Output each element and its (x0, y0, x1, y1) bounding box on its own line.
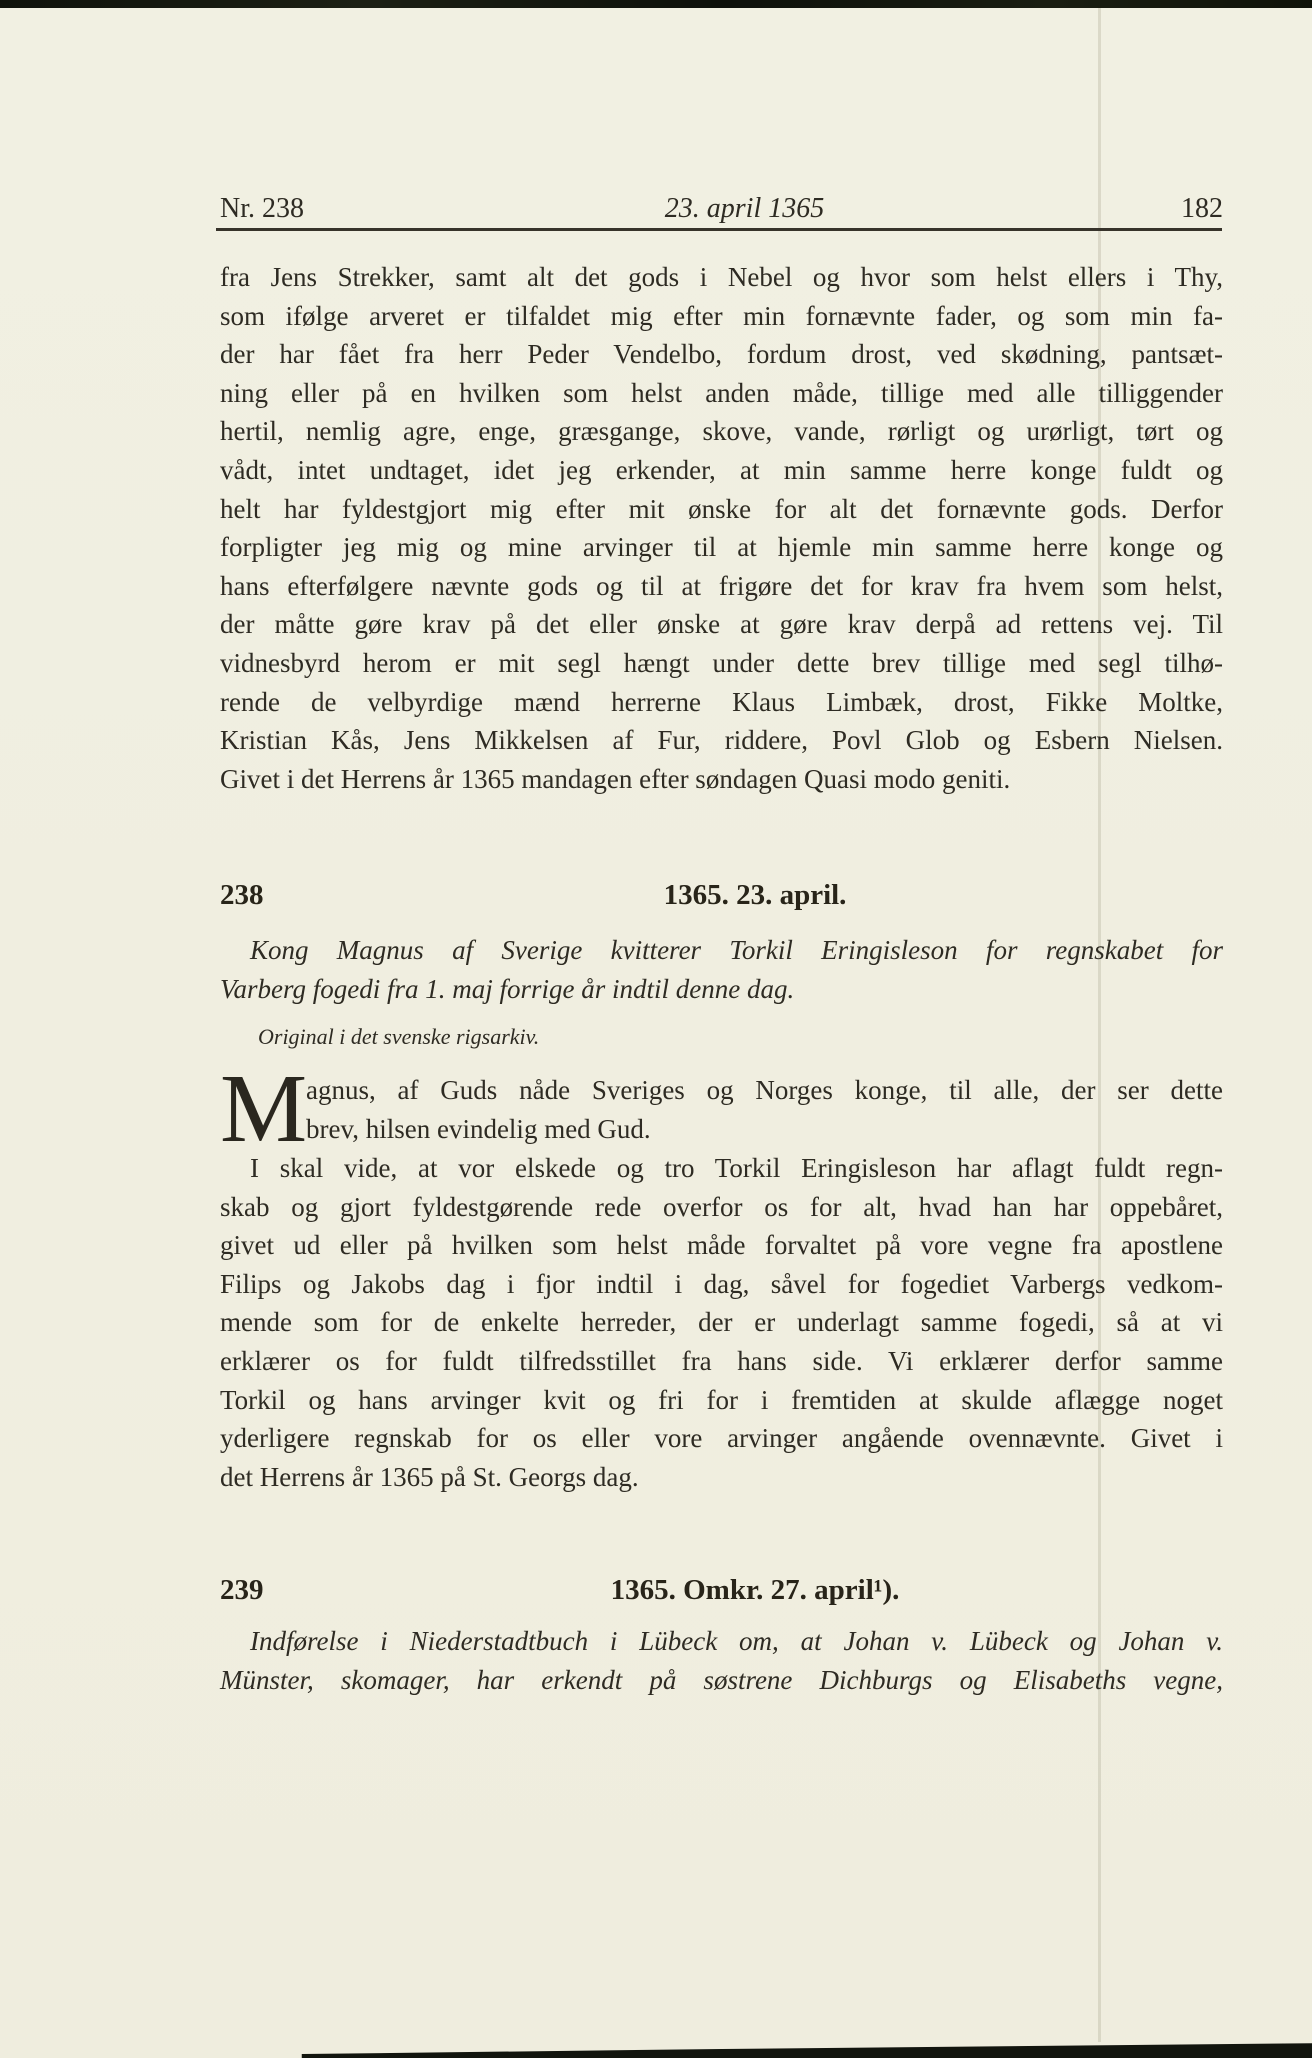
doc-237-continuation: fra Jens Strekker, samt alt det gods i N… (220, 258, 1223, 798)
text-line: rende de velbyrdige mænd herrerne Klaus … (220, 683, 1223, 722)
text-line: ning eller på en hvilken som helst anden… (220, 374, 1223, 413)
text-line: vådt, intet undtaget, idet jeg erkender,… (220, 451, 1223, 490)
text-line: mende som for de enkelte herreder, der e… (220, 1303, 1223, 1342)
doc-238-body: I skal vide, at vor elskede og tro Torki… (220, 1149, 1223, 1496)
text-line: forpligter jeg mig og mine arvinger til … (220, 528, 1223, 567)
text-line: det Herrens år 1365 på St. Georgs dag. (220, 1458, 1223, 1497)
doc-238-heading: 238 1365. 23. april. (220, 879, 1223, 919)
doc-238-date: 1365. 23. april. (220, 879, 1223, 912)
text-line: helt har fyldestgjort mig efter mit ønsk… (220, 490, 1223, 529)
text-line: givet ud eller på hvilken som helst måde… (220, 1226, 1223, 1265)
text-line: skab og gjort fyldestgørende rede overfo… (220, 1188, 1223, 1227)
text-line: Givet i det Herrens år 1365 mandagen eft… (220, 760, 1223, 799)
book-page-scan: Nr. 238 23. april 1365 182 fra Jens Stre… (0, 0, 1312, 2058)
text-line: erklærer os for fuldt tilfredsstillet fr… (220, 1342, 1223, 1381)
text-line: Torkil og hans arvinger kvit og fri for … (220, 1381, 1223, 1420)
text-line: fra Jens Strekker, samt alt det gods i N… (220, 258, 1223, 297)
text-line: som ifølge arveret er tilfaldet mig efte… (220, 297, 1223, 336)
text-line: I skal vide, at vor elskede og tro Torki… (220, 1149, 1223, 1188)
text-line: agnus, af Guds nåde Sveriges og Norges k… (220, 1071, 1223, 1110)
doc-238-summary: Kong Magnus af Sverige kvitterer Torkil … (220, 931, 1223, 1008)
scan-edge-top (0, 0, 1312, 8)
text-line: hertil, nemlig agre, enge, græsgange, sk… (220, 412, 1223, 451)
text-line: der har fået fra herr Peder Vendelbo, fo… (220, 335, 1223, 374)
running-head: Nr. 238 23. april 1365 182 (220, 193, 1223, 229)
doc-238-protocol: M agnus, af Guds nåde Sveriges og Norges… (220, 1071, 1223, 1148)
page-number: 182 (1181, 193, 1223, 225)
summary-line: Indførelse i Niederstadtbuch i Lübeck om… (220, 1622, 1223, 1661)
doc-239-heading: 239 1365. Omkr. 27. april¹). (220, 1574, 1223, 1614)
text-line: yderligere regnskab for os eller vore ar… (220, 1419, 1223, 1458)
text-line: Kristian Kås, Jens Mikkelsen af Fur, rid… (220, 721, 1223, 760)
summary-line: Kong Magnus af Sverige kvitterer Torkil … (220, 931, 1223, 970)
text-line: vidnesbyrd herom er mit segl hængt under… (220, 644, 1223, 683)
summary-line: Varberg fogedi fra 1. maj forrige år ind… (220, 970, 1223, 1009)
running-head-date: 23. april 1365 (220, 193, 1223, 225)
text-line: der måtte gøre krav på det eller ønske a… (220, 605, 1223, 644)
text-line: hans efterfølgere nævnte gods og til at … (220, 567, 1223, 606)
doc-239-summary: Indførelse i Niederstadtbuch i Lübeck om… (220, 1622, 1223, 1699)
scan-edge-bottom (0, 2040, 1312, 2058)
doc-239-date: 1365. Omkr. 27. april¹). (220, 1574, 1223, 1607)
doc-238-source-note: Original i det svenske rigsarkiv. (220, 1022, 1223, 1052)
header-rule (216, 228, 1222, 231)
text-line: brev, hilsen evindelig med Gud. (220, 1110, 1223, 1149)
text-line: Filips og Jakobs dag i fjor indtil i dag… (220, 1265, 1223, 1304)
drop-cap-initial: M (220, 1071, 306, 1148)
summary-line: Münster, skomager, har erkendt på søstre… (220, 1661, 1223, 1700)
